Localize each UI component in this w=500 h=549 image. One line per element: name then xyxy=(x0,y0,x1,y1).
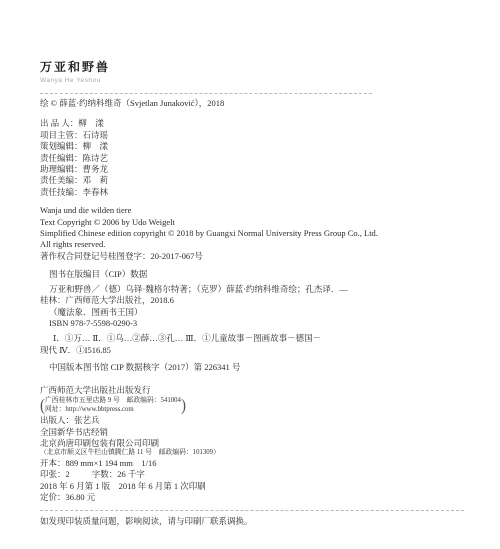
rights-reserved: All rights reserved. xyxy=(40,239,462,250)
bottom-divider xyxy=(40,510,464,511)
open-paren: ( xyxy=(40,396,45,414)
chinese-edition-copyright: Simplified Chinese edition copyright © 2… xyxy=(40,228,462,239)
publisher-address: 广西桂林市五里店路 9 号 邮政编码：541004 xyxy=(45,397,181,406)
format-line: 开本：889 mm×1 194 mm 1/16 xyxy=(40,458,462,469)
credit-managing-editor: 责任编辑：陈诗艺 xyxy=(40,153,462,164)
edition-line: 2018 年 6 月第 1 版 2018 年 6 月第 1 次印刷 xyxy=(40,481,462,492)
credit-producer: 出 品 人：柳 漾 xyxy=(40,118,462,129)
credit-project-manager: 项目主管：石诗瑶 xyxy=(40,130,462,141)
book-title: 万亚和野兽 xyxy=(40,60,462,74)
distribution-line: 全国新华书店经销 xyxy=(40,427,462,438)
illustrator-credit: 绘 © 薛蓝·约纳科维奇（Svjetlan Junaković），2018 xyxy=(40,98,462,109)
copyright-page: 万亚和野兽 Wanya He Yeshou 绘 © 薛蓝·约纳科维奇（Svjet… xyxy=(0,0,500,549)
price-line: 定价：36.80 元 xyxy=(40,492,462,503)
copyright-block: Wanja und die wilden tiere Text Copyrigh… xyxy=(40,205,462,262)
publication-block: 广西师范大学出版社出版发行 ( 广西桂林市五里店路 9 号 邮政编码：54100… xyxy=(40,385,462,504)
cip-isbn: ISBN 978-7-5598-0290-3 xyxy=(40,318,462,329)
credit-art-editor: 责任美编：邓 莉 xyxy=(40,175,462,186)
book-title-pinyin: Wanya He Yeshou xyxy=(40,77,462,84)
word-count-value: 字数：26 千字 xyxy=(92,469,145,479)
cip-classification-1: Ⅰ．①万… Ⅱ．①乌…②薛…③孔… Ⅲ．①儿童故事－图画故事－德国－ xyxy=(40,333,462,344)
cip-block: 万亚和野兽／（德）乌铎·魏格尔特著；（克罗）薛蓝·约纳科维奇绘；孔杰译．— 桂林… xyxy=(40,284,462,374)
close-paren: ) xyxy=(181,396,186,414)
publisher-website: 网址：http://www.bbtpress.com xyxy=(45,406,181,415)
cip-record-number: 中国版本图书馆 CIP 数据核字（2017）第 226341 号 xyxy=(40,362,462,373)
publisher-person: 出版人：张艺兵 xyxy=(40,415,462,426)
staff-credits: 出 品 人：柳 漾 项目主管：石诗瑶 策划编辑：柳 漾 责任编辑：陈诗艺 助理编… xyxy=(40,118,462,198)
text-copyright: Text Copyright © 2006 by Udo Weigelt xyxy=(40,217,462,228)
printer-line: 北京尚唐印刷包装有限公司印刷 xyxy=(40,438,462,449)
top-divider xyxy=(40,93,372,94)
quality-notice: 如发现印装质量问题，影响阅读，请与印刷厂联系调换。 xyxy=(40,515,462,527)
credit-assistant-editor: 助理编辑：曹务龙 xyxy=(40,164,462,175)
credit-technical-editor: 责任技编：李春林 xyxy=(40,187,462,198)
credit-planning-editor: 策划编辑：柳 漾 xyxy=(40,141,462,152)
cip-title-statement: 万亚和野兽／（德）乌铎·魏格尔特著；（克罗）薛蓝·约纳科维奇绘；孔杰译．— xyxy=(40,284,462,295)
cip-series: （魔法象．图画书王国） xyxy=(40,307,462,318)
cip-imprint: 桂林：广西师范大学出版社，2018.6 xyxy=(40,295,462,306)
cip-heading: 图书在版编目（CIP）数据 xyxy=(40,269,462,280)
original-title: Wanja und die wilden tiere xyxy=(40,205,462,216)
sheets-words-line: 印张：2字数：26 千字 xyxy=(40,469,462,480)
registration-number: 著作权合同登记号桂图登字：20-2017-067号 xyxy=(40,251,462,262)
sheets-value: 印张：2 xyxy=(40,469,70,479)
publisher-line: 广西师范大学出版社出版发行 xyxy=(40,385,462,396)
printer-address: （北京市顺义区牛栏山镇腾仁路 11 号 邮政编码：101309） xyxy=(40,449,462,458)
cip-classification-2: 现代 Ⅳ．①I516.85 xyxy=(40,345,462,356)
publisher-address-group: ( 广西桂林市五里店路 9 号 邮政编码：541004 网址：http://ww… xyxy=(40,397,462,414)
